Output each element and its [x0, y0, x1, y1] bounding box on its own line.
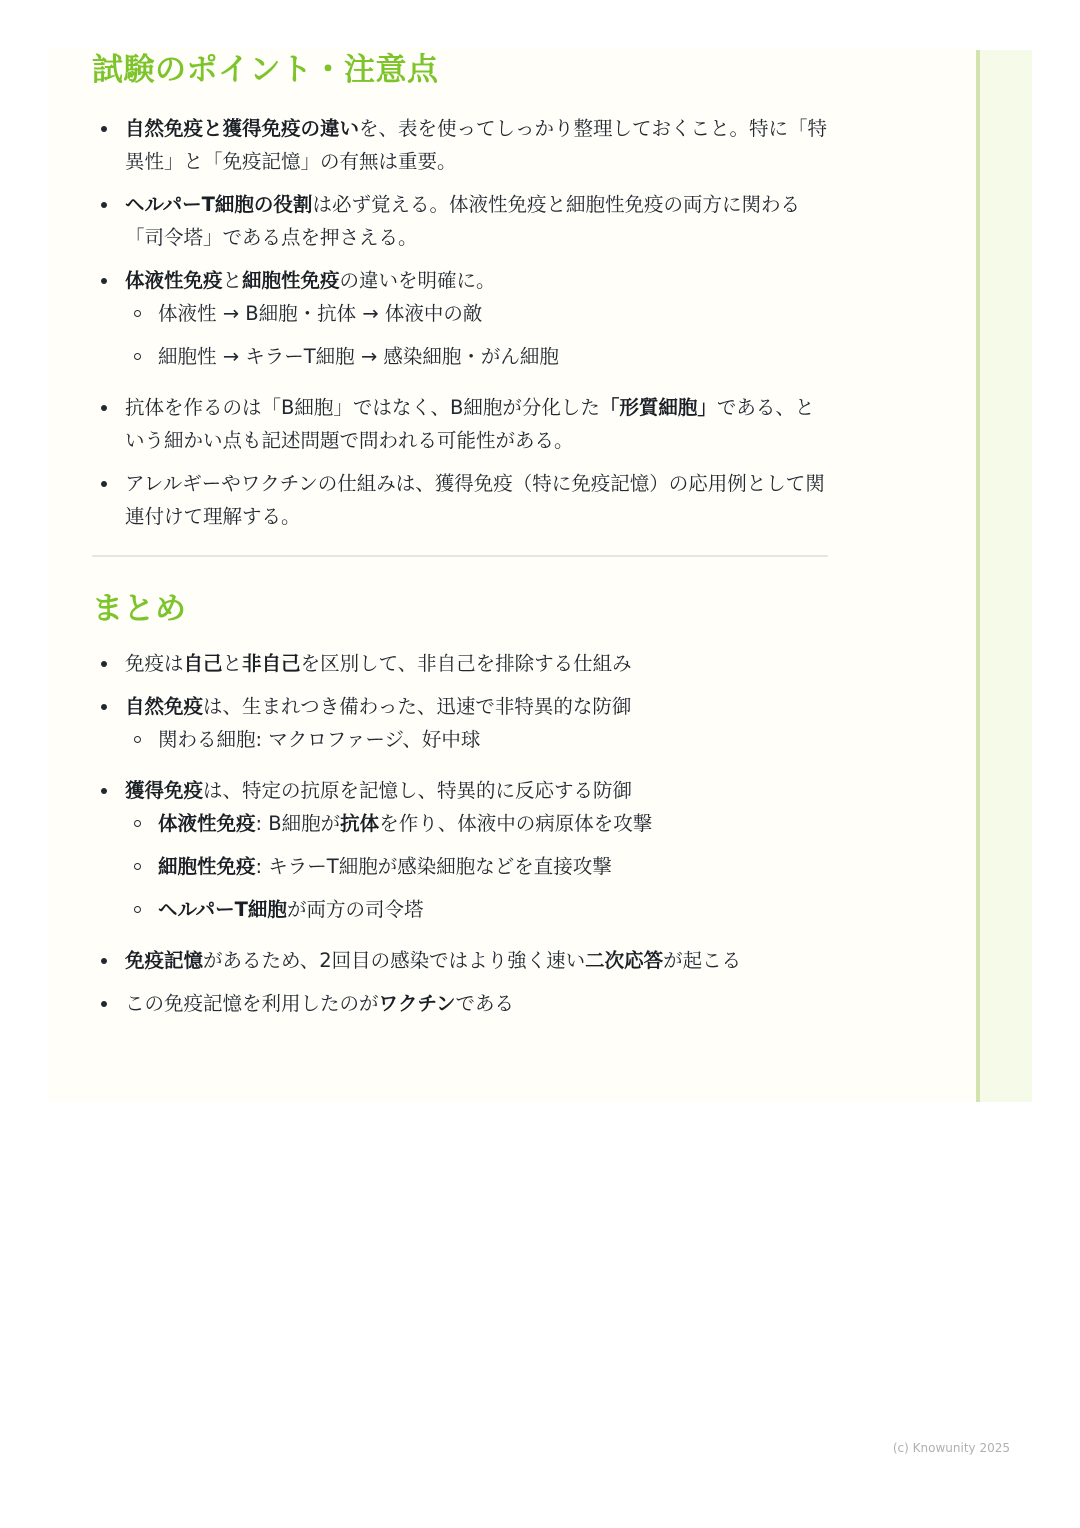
bold-term: 細胞性免疫	[242, 269, 340, 292]
exam-point-item: 抗体を作るのは「B細胞」ではなく、B細胞が分化した「形質細胞」である、という細か…	[92, 391, 828, 457]
summary-item: この免疫記憶を利用したのがワクチンである	[92, 987, 828, 1020]
text: アレルギーやワクチンの仕組みは、獲得免疫（特に免疫記憶）の応用例として関連付けて…	[125, 472, 825, 528]
sub-item: ヘルパーT細胞が両方の司令塔	[125, 893, 828, 926]
text: この免疫記憶を利用したのが	[125, 992, 379, 1015]
exam-points-list: 自然免疫と獲得免疫の違いを、表を使ってしっかり整理しておくこと。特に「特異性」と…	[92, 112, 828, 533]
summary-section: まとめ 免疫は自己と非自己を区別して、非自己を排除する仕組み 自然免疫は、生まれ…	[92, 587, 828, 1020]
bold-term: ヘルパーT細胞の役割	[125, 193, 312, 216]
exam-point-item: 体液性免疫と細胞性免疫の違いを明確に。 体液性 → B細胞・抗体 → 体液中の敵…	[92, 264, 828, 373]
bold-term: 自然免疫	[125, 695, 203, 718]
text: : B細胞が	[256, 812, 341, 835]
sub-item: 細胞性免疫: キラーT細胞が感染細胞などを直接攻撃	[125, 850, 828, 883]
exam-points-heading: 試験のポイント・注意点	[92, 48, 828, 92]
sub-item: 関わる細胞: マクロファージ、好中球	[125, 723, 828, 756]
sub-list: 体液性 → B細胞・抗体 → 体液中の敵 細胞性 → キラーT細胞 → 感染細胞…	[125, 297, 828, 373]
text: は、生まれつき備わった、迅速で非特異的な防御	[203, 695, 631, 718]
summary-item: 自然免疫は、生まれつき備わった、迅速で非特異的な防御 関わる細胞: マクロファー…	[92, 690, 828, 756]
document-content: 試験のポイント・注意点 自然免疫と獲得免疫の違いを、表を使ってしっかり整理してお…	[92, 48, 828, 1030]
bold-term: 自己	[184, 652, 223, 675]
bold-term: 非自己	[242, 652, 301, 675]
bold-term: 細胞性免疫	[158, 855, 256, 878]
text: が両方の司令塔	[287, 898, 424, 921]
text: と	[223, 652, 243, 675]
sub-item: 体液性免疫: B細胞が抗体を作り、体液中の病原体を攻撃	[125, 807, 828, 840]
summary-item: 免疫記憶があるため、2回目の感染ではより強く速い二次応答が起こる	[92, 944, 828, 977]
text: である	[456, 992, 515, 1015]
sub-item: 体液性 → B細胞・抗体 → 体液中の敵	[125, 297, 828, 330]
sub-item: 細胞性 → キラーT細胞 → 感染細胞・がん細胞	[125, 340, 828, 373]
bold-term: 獲得免疫	[125, 779, 203, 802]
summary-heading: まとめ	[92, 587, 828, 631]
text: : キラーT細胞が感染細胞などを直接攻撃	[256, 855, 612, 878]
exam-point-item: アレルギーやワクチンの仕組みは、獲得免疫（特に免疫記憶）の応用例として関連付けて…	[92, 467, 828, 533]
bold-term: 免疫記憶	[125, 949, 203, 972]
side-accent-panel	[976, 50, 1032, 1102]
bold-term: 抗体	[340, 812, 379, 835]
text: があるため、2回目の感染ではより強く速い	[203, 949, 585, 972]
bold-term: 自然免疫と獲得免疫の違い	[125, 117, 359, 140]
text: は、特定の抗原を記憶し、特異的に反応する防御	[203, 779, 632, 802]
bold-term: ヘルパーT細胞	[158, 898, 287, 921]
summary-list: 免疫は自己と非自己を区別して、非自己を排除する仕組み 自然免疫は、生まれつき備わ…	[92, 647, 828, 1020]
text: 抗体を作るのは「B細胞」ではなく、B細胞が分化した	[125, 396, 600, 419]
text: と	[223, 269, 243, 292]
bold-term: 二次応答	[585, 949, 663, 972]
copyright-footer: (c) Knowunity 2025	[893, 1441, 1010, 1455]
text: を区別して、非自己を排除する仕組み	[301, 652, 632, 675]
bold-term: 体液性免疫	[158, 812, 256, 835]
exam-point-item: ヘルパーT細胞の役割は必ず覚える。体液性免疫と細胞性免疫の両方に関わる「司令塔」…	[92, 188, 828, 254]
summary-item: 獲得免疫は、特定の抗原を記憶し、特異的に反応する防御 体液性免疫: B細胞が抗体…	[92, 774, 828, 926]
text: 関わる細胞: マクロファージ、好中球	[158, 728, 480, 751]
bold-term: ワクチン	[379, 992, 456, 1015]
summary-item: 免疫は自己と非自己を区別して、非自己を排除する仕組み	[92, 647, 828, 680]
text: を作り、体液中の病原体を攻撃	[379, 812, 652, 835]
text: の違いを明確に。	[340, 269, 496, 292]
bold-term: 体液性免疫	[125, 269, 223, 292]
sub-list: 関わる細胞: マクロファージ、好中球	[125, 723, 828, 756]
sub-list: 体液性免疫: B細胞が抗体を作り、体液中の病原体を攻撃 細胞性免疫: キラーT細…	[125, 807, 828, 926]
text: が起こる	[663, 949, 741, 972]
bold-term: 「形質細胞」	[600, 396, 717, 419]
exam-points-section: 試験のポイント・注意点 自然免疫と獲得免疫の違いを、表を使ってしっかり整理してお…	[92, 48, 828, 533]
exam-point-item: 自然免疫と獲得免疫の違いを、表を使ってしっかり整理しておくこと。特に「特異性」と…	[92, 112, 828, 178]
text: 免疫は	[125, 652, 184, 675]
section-divider	[92, 555, 828, 557]
